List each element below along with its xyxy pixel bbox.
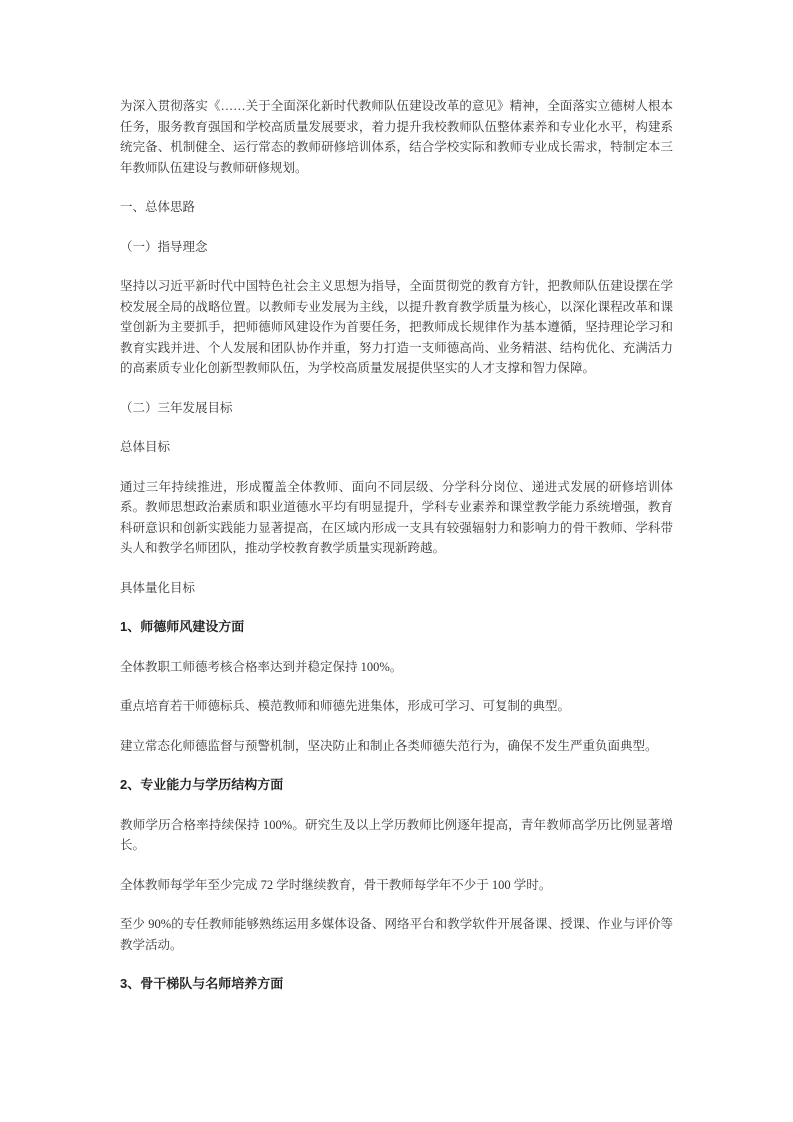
overall-goal-label: 总体目标 [120,437,673,458]
overall-goal-paragraph: 通过三年持续推进，形成覆盖全体教师、面向不同层级、分学科分岗位、递进式发展的研修… [120,477,673,559]
goal-1-ethics-heading: 1、师德师风建设方面 [120,617,673,638]
document-page: 为深入贯彻落实《……关于全面深化新时代教师队伍建设改革的意见》精神，全面落实立德… [0,0,793,1122]
quantitative-goals-label: 具体量化目标 [120,578,673,599]
goal-1-item-supervision-mechanism: 建立常态化师德监督与预警机制，坚决防止和制止各类师德失范行为，确保不发生严重负面… [120,736,673,757]
goal-1-item-pass-rate: 全体教职工师德考核合格率达到并稳定保持 100%。 [120,657,673,678]
guiding-philosophy-paragraph: 坚持以习近平新时代中国特色社会主义思想为指导，全面贯彻党的教育方针，把教师队伍建… [120,276,673,379]
intro-paragraph: 为深入贯彻落实《……关于全面深化新时代教师队伍建设改革的意见》精神，全面落实立德… [120,96,673,178]
subsection-1-2-three-year-goals-heading: （二）三年发展目标 [120,398,673,419]
goal-2-item-continuing-education-hours: 全体教师每学年至少完成 72 学时继续教育，骨干教师每学年不少于 100 学时。 [120,875,673,896]
goal-3-backbone-teachers-heading: 3、骨干梯队与名师培养方面 [120,974,673,995]
goal-1-item-role-models: 重点培育若干师德标兵、模范教师和师德先进集体，形成可学习、可复制的典型。 [120,696,673,717]
section-1-heading: 一、总体思路 [120,197,673,218]
goal-2-professional-ability-heading: 2、专业能力与学历结构方面 [120,775,673,796]
goal-2-item-qualification-rate: 教师学历合格率持续保持 100%。研究生及以上学历教师比例逐年提高，青年教师高学… [120,815,673,856]
subsection-1-1-guiding-philosophy-heading: （一）指导理念 [120,237,673,258]
goal-2-item-technology-proficiency: 至少 90%的专任教师能够熟练运用多媒体设备、网络平台和教学软件开展备课、授课、… [120,914,673,955]
